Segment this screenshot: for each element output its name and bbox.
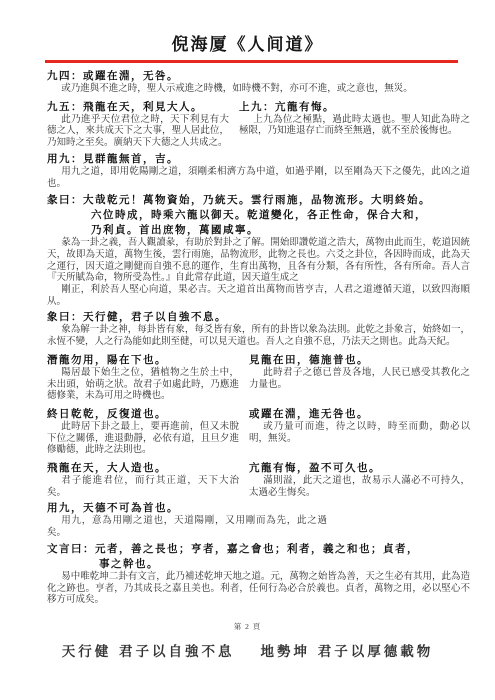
xiaoxiang-row-1: 潛龍勿用，陽在下也。 陽居最下始生之位，猶植物之生於土中，未出頭，始萌之狀。故君… — [47, 352, 470, 403]
heading-yongjiu-xiang: 用九，天德不可為首也。 — [47, 502, 470, 515]
body-wenyan: 易中唯乾坤二卦有文言，此乃補述乾坤天地之道。元，萬物之始皆為善，天之生必有其用，… — [47, 572, 470, 607]
section-jiusi: 九四：或躍在淵，无咎。 或乃進與不進之時，聖人示戒進之時機，如時機不對，亦可不進… — [47, 70, 470, 96]
body-feilong: 君子能進君位，而行其正道，天下大治矣。 — [47, 476, 239, 499]
cell-feilong: 飛龍在天，大人造也。 君子能進君位，而行其正道，天下大治矣。 — [47, 460, 239, 499]
heading-jiusi: 九四：或躍在淵，无咎。 — [47, 70, 470, 83]
tuan-line-3: 乃利貞。首出庶物，萬國咸寧。 — [47, 224, 470, 237]
wenyan-line-1: 文言曰：元者，善之長也；亨者，嘉之會也；利者，義之和也；貞者， — [47, 543, 470, 556]
page-number: 第 2 頁 — [25, 621, 470, 632]
heading-huoyue: 或躍在淵，進无咎也。 — [249, 408, 470, 421]
body-kanglong: 滿則溢，此天之道也，故易示人滿必不可持久，太過必生悔矣。 — [249, 476, 470, 499]
body-jiusi: 或乃進與不進之時，聖人示戒進之時機，如時機不對，亦可不進，或之意也，無災。 — [47, 84, 470, 96]
section-xiang: 象曰：天行健，君子以自強不息。 象為解一卦之神，每卦皆有象，每爻皆有象，所有的卦… — [47, 311, 470, 348]
section-jiuwu-shangjiu: 九五：飛龍在天，利見大人。 此乃進乎天位君位之時，天下利見有大德之人，來共成天下… — [47, 99, 470, 150]
body-jiuwu: 此乃進乎天位君位之時，天下利見有大德之人，來共成天下之大事，聖人居此位，乃知時之… — [47, 115, 229, 150]
body-jianlong: 此時君子之德已普及各地，人民已感受其教化之力量也。 — [249, 368, 470, 391]
cell-qianlong: 潛龍勿用，陽在下也。 陽居最下始生之位，猶植物之生於土中，未出頭，始萌之狀。故君… — [47, 352, 239, 403]
body-zhongri: 此時居下卦之最上，要再進前，但又未脫下位之關係，進退動靜，必依有道，且旦夕進修勵… — [47, 422, 239, 457]
heading-kanglong: 亢龍有悔，盈不可久也。 — [249, 462, 470, 475]
wenyan-line-2: 事之幹也。 — [47, 558, 470, 571]
heading-feilong: 飛龍在天，大人造也。 — [47, 462, 239, 475]
motto-kun: 地勢坤 君子以厚德載物 — [261, 644, 434, 660]
tuan-line-1: 彖曰：大哉乾元！萬物資始，乃統天。雲行雨施，品物流形。大明終始。 — [47, 194, 470, 207]
heading-qianlong: 潛龍勿用，陽在下也。 — [47, 354, 239, 367]
body-yongjiu: 用九之道，即用乾陽剛之道，須剛柔相濟方為中道，如過乎剛，以至剛為天下之優先，此凶… — [47, 167, 470, 190]
xiaoxiang-row-3: 飛龍在天，大人造也。 君子能進君位，而行其正道，天下大治矣。 亢龍有悔，盈不可久… — [47, 460, 470, 499]
body-huoyue: 或乃量可而進，待之以時，時至而動，動必以明，無災。 — [249, 422, 470, 445]
section-yongjiu-xiang: 用九，天德不可為首也。 用九，意為用剛之道也，天道陽剛，又用剛而為先，此之過矣。 — [47, 502, 470, 539]
heading-shangjiu: 上九：亢龍有悔。 — [239, 101, 470, 114]
tuan-commentary-2: 剛正，利於吾人堅心向道，果必吉。天之道首出萬物而皆亨吉，人君之道遵循天道，以致四… — [47, 285, 470, 308]
section-wenyan: 文言曰：元者，善之長也；亨者，嘉之會也；利者，義之和也；貞者， 事之幹也。 易中… — [47, 543, 470, 607]
page-footer: 第 2 頁 天行健 君子以自強不息地勢坤 君子以厚德載物 — [25, 621, 470, 660]
document-page: 倪海厦《人间道》 九四：或躍在淵，无咎。 或乃進與不進之時，聖人示戒進之時機，如… — [0, 0, 495, 700]
section-tuan: 彖曰：大哉乾元！萬物資始，乃統天。雲行雨施，品物流形。大明終始。 六位時成，時乘… — [47, 194, 470, 308]
motto-qian: 天行健 君子以自強不息 — [62, 644, 235, 660]
document-body: 九四：或躍在淵，无咎。 或乃進與不進之時，聖人示戒進之時機，如時機不對，亦可不進… — [25, 70, 470, 607]
body-yongjiu-xiang: 用九，意為用剛之道也，天道陽剛，又用剛而為先，此之過矣。 — [47, 516, 327, 539]
cell-huoyue: 或躍在淵，進无咎也。 或乃量可而進，待之以時，時至而動，動必以明，無災。 — [249, 406, 470, 457]
footer-motto: 天行健 君子以自強不息地勢坤 君子以厚德載物 — [25, 640, 470, 660]
page-title: 倪海厦《人间道》 — [25, 30, 470, 55]
tuan-line-2: 六位時成，時乘六龍以御天。乾道變化，各正性命，保合大和， — [47, 209, 470, 222]
section-yongjiu: 用九：見群龍無首，吉。 用九之道，即用乾陽剛之道，須剛柔相濟方為中道，如過乎剛，… — [47, 153, 470, 190]
xiaoxiang-row-2: 終日乾乾，反復道也。 此時居下卦之最上，要再進前，但又未脫下位之關係，進退動靜，… — [47, 406, 470, 457]
heading-zhongri: 終日乾乾，反復道也。 — [47, 408, 239, 421]
heading-xiang: 象曰：天行健，君子以自強不息。 — [47, 311, 470, 324]
body-qianlong: 陽居最下始生之位，猶植物之生於土中，未出頭，始萌之狀。故君子如處此時，乃應進德修… — [47, 368, 239, 403]
tuan-commentary-1: 彖為一卦之義，吾人觀讀彖，有助於對卦之了解。開始即讚乾道之浩大，萬物由此而生，乾… — [47, 238, 470, 285]
heading-jiuwu: 九五：飛龍在天，利見大人。 — [47, 101, 229, 114]
body-shangjiu: 上九為位之極點，過此時太過也。聖人知此為時之極限，乃知進退存亡而終至無過，就不至… — [239, 115, 470, 138]
cell-zhongri: 終日乾乾，反復道也。 此時居下卦之最上，要再進前，但又未脫下位之關係，進退動靜，… — [47, 406, 239, 457]
title-divider — [45, 60, 458, 63]
body-xiang: 象為解一卦之神，每卦皆有象，每爻皆有象，所有的卦皆以象為法則。此乾之卦象言，始終… — [47, 325, 470, 348]
heading-yongjiu: 用九：見群龍無首，吉。 — [47, 153, 470, 166]
column-jiuwu: 九五：飛龍在天，利見大人。 此乃進乎天位君位之時，天下利見有大德之人，來共成天下… — [47, 99, 229, 150]
cell-kanglong: 亢龍有悔，盈不可久也。 滿則溢，此天之道也，故易示人滿必不可持久，太過必生悔矣。 — [249, 460, 470, 499]
cell-jianlong: 見龍在田，德施普也。 此時君子之德已普及各地，人民已感受其教化之力量也。 — [249, 352, 470, 403]
heading-jianlong: 見龍在田，德施普也。 — [249, 354, 470, 367]
column-shangjiu: 上九：亢龍有悔。 上九為位之極點，過此時太過也。聖人知此為時之極限，乃知進退存亡… — [239, 99, 470, 150]
